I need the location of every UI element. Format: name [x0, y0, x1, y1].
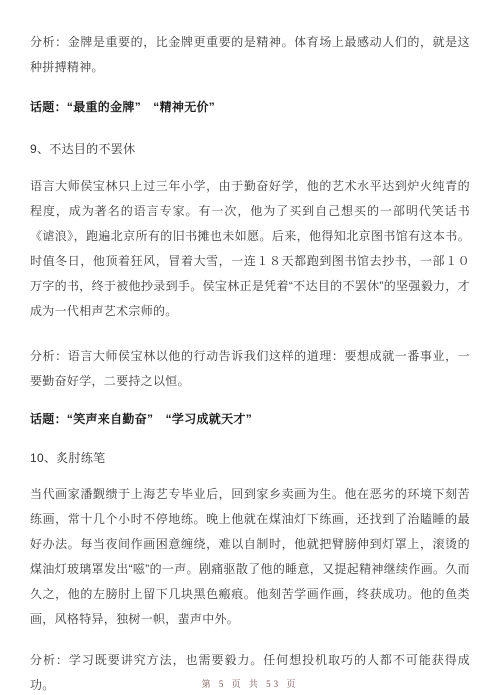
analysis-paragraph-houbaolin: 分析：语言大师侯宝林以他的行动告诉我们这样的道理：要想成就一番事业，一要勤奋好学… [30, 344, 470, 394]
section-heading-10: 10、炙肘练笔 [30, 446, 470, 471]
analysis-paragraph-gold-medal: 分析：金牌是重要的，比金牌更重要的是精神。体育场上最感动人们的，就是这种拼搏精神… [30, 30, 470, 80]
topic-line-gold-medal: 话题：“最重的金牌” “精神无价” [30, 95, 470, 120]
section-heading-9: 9、不达目的不罢休 [30, 137, 470, 162]
topic-line-houbaolin: 话题：“笑声来自勤奋” “学习成就天才” [30, 407, 470, 432]
body-paragraph-houbaolin: 语言大师侯宝林只上过三年小学，由于勤奋好学，他的艺术水平达到炉火纯青的程度，成为… [30, 174, 470, 324]
page-number-footer: 第 5 页 共 53 页 [0, 677, 500, 690]
document-page: 分析：金牌是重要的，比金牌更重要的是精神。体育场上最感动人们的，就是这种拼搏精神… [0, 0, 500, 695]
body-paragraph-panjinhui: 当代画家潘觐缋于上海艺专毕业后，回到家乡卖画为生。他在恶劣的环境下刻苦练画，常十… [30, 482, 470, 632]
